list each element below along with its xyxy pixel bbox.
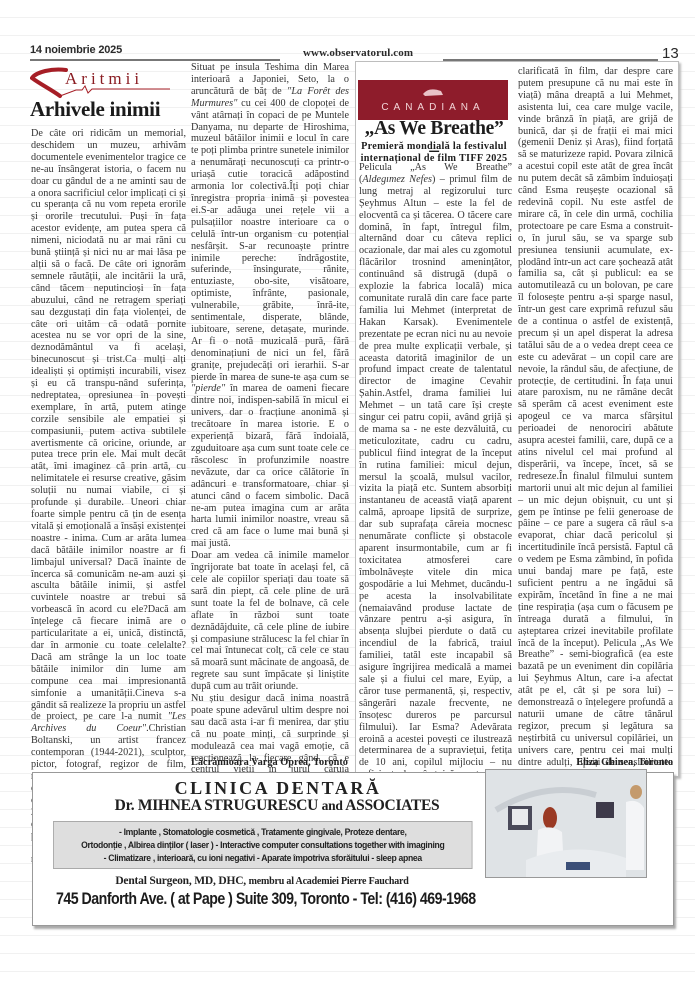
ad-address-phone: 745 Danforth Ave. ( at Pape ) Suite 309,… bbox=[56, 890, 476, 909]
section-name: CANADIANA bbox=[358, 102, 508, 113]
article-column-2: Situat pe insula Teshima din Marea inter… bbox=[191, 62, 349, 824]
ad-doctor-name: Dr. MIHNEA STRUGURESCU and ASSOCIATES bbox=[82, 797, 472, 815]
doctor-name: Dr. MIHNEA STRUGURESCU bbox=[115, 797, 318, 814]
film-subtitle: Premieră mondială la festivalul internaț… bbox=[358, 141, 510, 164]
header-rule-left bbox=[30, 59, 280, 61]
and-text: and bbox=[322, 798, 343, 813]
service-line: - Climatizare , interioară, cu ioni nega… bbox=[54, 851, 472, 864]
article-title: Arhivele inimii bbox=[30, 97, 160, 122]
issue-date: 14 noiembrie 2025 bbox=[30, 44, 122, 56]
ad-title: CLINICA DENTARĂ bbox=[160, 778, 396, 799]
credentials-main: Dental Surgeon, MD, DHC, bbox=[115, 875, 246, 887]
film-column-1: Pelicula „As We Breathe” (Aldegımez Nefe… bbox=[359, 162, 512, 864]
canadiana-section-logo: CANADIANA bbox=[358, 80, 508, 120]
ad-services-box: - Implante , Stomatologie cosmetică , Tr… bbox=[53, 821, 473, 869]
newspaper-page: 14 noiembrie 2025 www.observatorul.com 1… bbox=[0, 0, 695, 987]
body-text: De câte ori ridicăm un memorial, deschid… bbox=[31, 128, 186, 722]
article-column-1: De câte ori ridicăm un memorial, deschid… bbox=[31, 128, 186, 866]
body-text: clarificată în film, dar despre care put… bbox=[518, 66, 673, 780]
paragraph: Doar am vedea că inimile mamelor îngrijo… bbox=[191, 550, 349, 693]
aritmii-section-logo: Aritmii bbox=[30, 66, 180, 100]
film-column-2: clarificată în film, dar despre care put… bbox=[518, 66, 673, 780]
credentials-membership: membru al Academiei Pierre Fauchard bbox=[249, 876, 409, 887]
service-line: - Implante , Stomatologie cosmetică , Tr… bbox=[54, 825, 472, 838]
associates-text: ASSOCIATES bbox=[345, 797, 439, 814]
body-text: ) – primul film de lung metraj al regizo… bbox=[359, 174, 512, 864]
article-byline: Lăcrămioara Varga Oprea, Toronto bbox=[191, 757, 348, 768]
body-text: în marea de oameni fiecare dintre noi, i… bbox=[191, 383, 349, 549]
service-line: Ortodonție , Albirea dinților ( laser ) … bbox=[54, 838, 472, 851]
maple-leaf-icon bbox=[421, 86, 445, 98]
dental-clinic-photo bbox=[485, 769, 647, 878]
body-text: cu cei 400 de clopoței de vânt atârnați … bbox=[191, 98, 349, 383]
clinic-photo-illustration bbox=[486, 770, 646, 877]
ad-credentials: Dental Surgeon, MD, DHC, membru al Acade… bbox=[52, 875, 472, 887]
section-name: Aritmii bbox=[65, 69, 143, 89]
quoted-word: "pierde" bbox=[191, 383, 225, 394]
website-link[interactable]: www.observatorul.com bbox=[303, 47, 413, 59]
film-byline: Eliza Ghinea, Toronto bbox=[560, 757, 673, 768]
original-title: Aldegımez Nefes bbox=[362, 174, 432, 185]
